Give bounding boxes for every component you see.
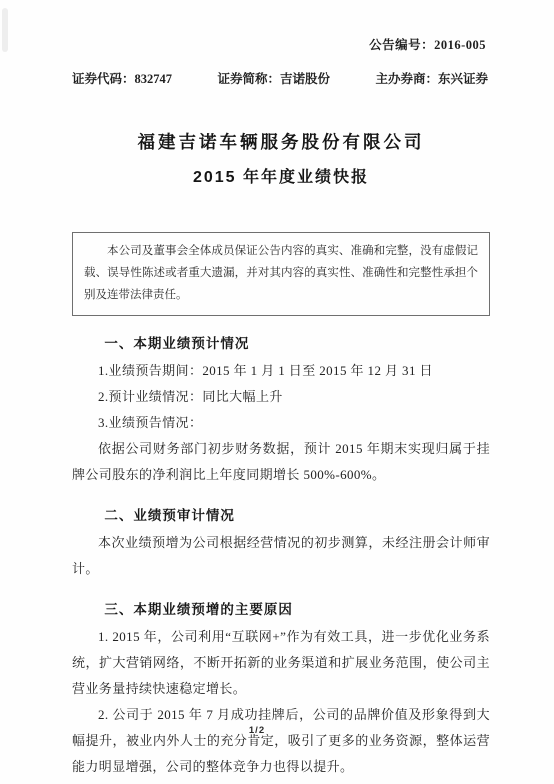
section-2-paragraph: 本次业绩预增为公司根据经营情况的初步测算，未经注册会计师审计。 [72,530,490,582]
announcement-number: 公告编号：2016-005 [72,38,490,53]
section-1-heading: 一、本期业绩预计情况 [72,333,490,354]
section-3-heading: 三、本期业绩预增的主要原因 [72,599,490,620]
scan-artifact [2,8,8,52]
page-number-indicator: 1/2 [0,725,514,736]
company-name-title: 福建吉诺车辆服务股份有限公司 [72,129,490,155]
section-1-item-1: 1.业绩预告期间：2015 年 1 月 1 日至 2015 年 12 月 31 … [72,358,490,384]
disclaimer-text: 本公司及董事会全体成员保证公告内容的真实、准确和完整，没有虚假记载、误导性陈述或… [84,240,478,306]
section-3-paragraph-1: 1. 2015 年，公司利用“互联网+”作为有效工具，进一步优化业务系统，扩大营… [72,624,490,702]
disclaimer-box: 本公司及董事会全体成员保证公告内容的真实、准确和完整，没有虚假记载、误导性陈述或… [72,232,490,316]
stock-abbr: 证券简称：吉诺股份 [217,72,330,87]
document-page: 公告编号：2016-005 证券代码：832747 证券简称：吉诺股份 主办券商… [0,0,554,784]
securities-info-row: 证券代码：832747 证券简称：吉诺股份 主办券商：东兴证券 [72,72,490,87]
report-title: 2015 年年度业绩快报 [72,166,490,190]
stock-code: 证券代码：832747 [72,72,172,87]
section-3-paragraph-2: 2. 公司于 2015 年 7 月成功挂牌后，公司的品牌价值及形象得到大幅提升，… [72,702,490,780]
section-1-item-3: 3.业绩预告情况： [72,410,490,436]
section-1-paragraph: 依据公司财务部门初步财务数据，预计 2015 年期末实现归属于挂牌公司股东的净利… [72,436,490,488]
section-1-item-2: 2.预计业绩情况：同比大幅上升 [72,384,490,410]
section-2-heading: 二、业绩预审计情况 [72,505,490,526]
sponsor-broker: 主办券商：东兴证券 [375,72,488,87]
